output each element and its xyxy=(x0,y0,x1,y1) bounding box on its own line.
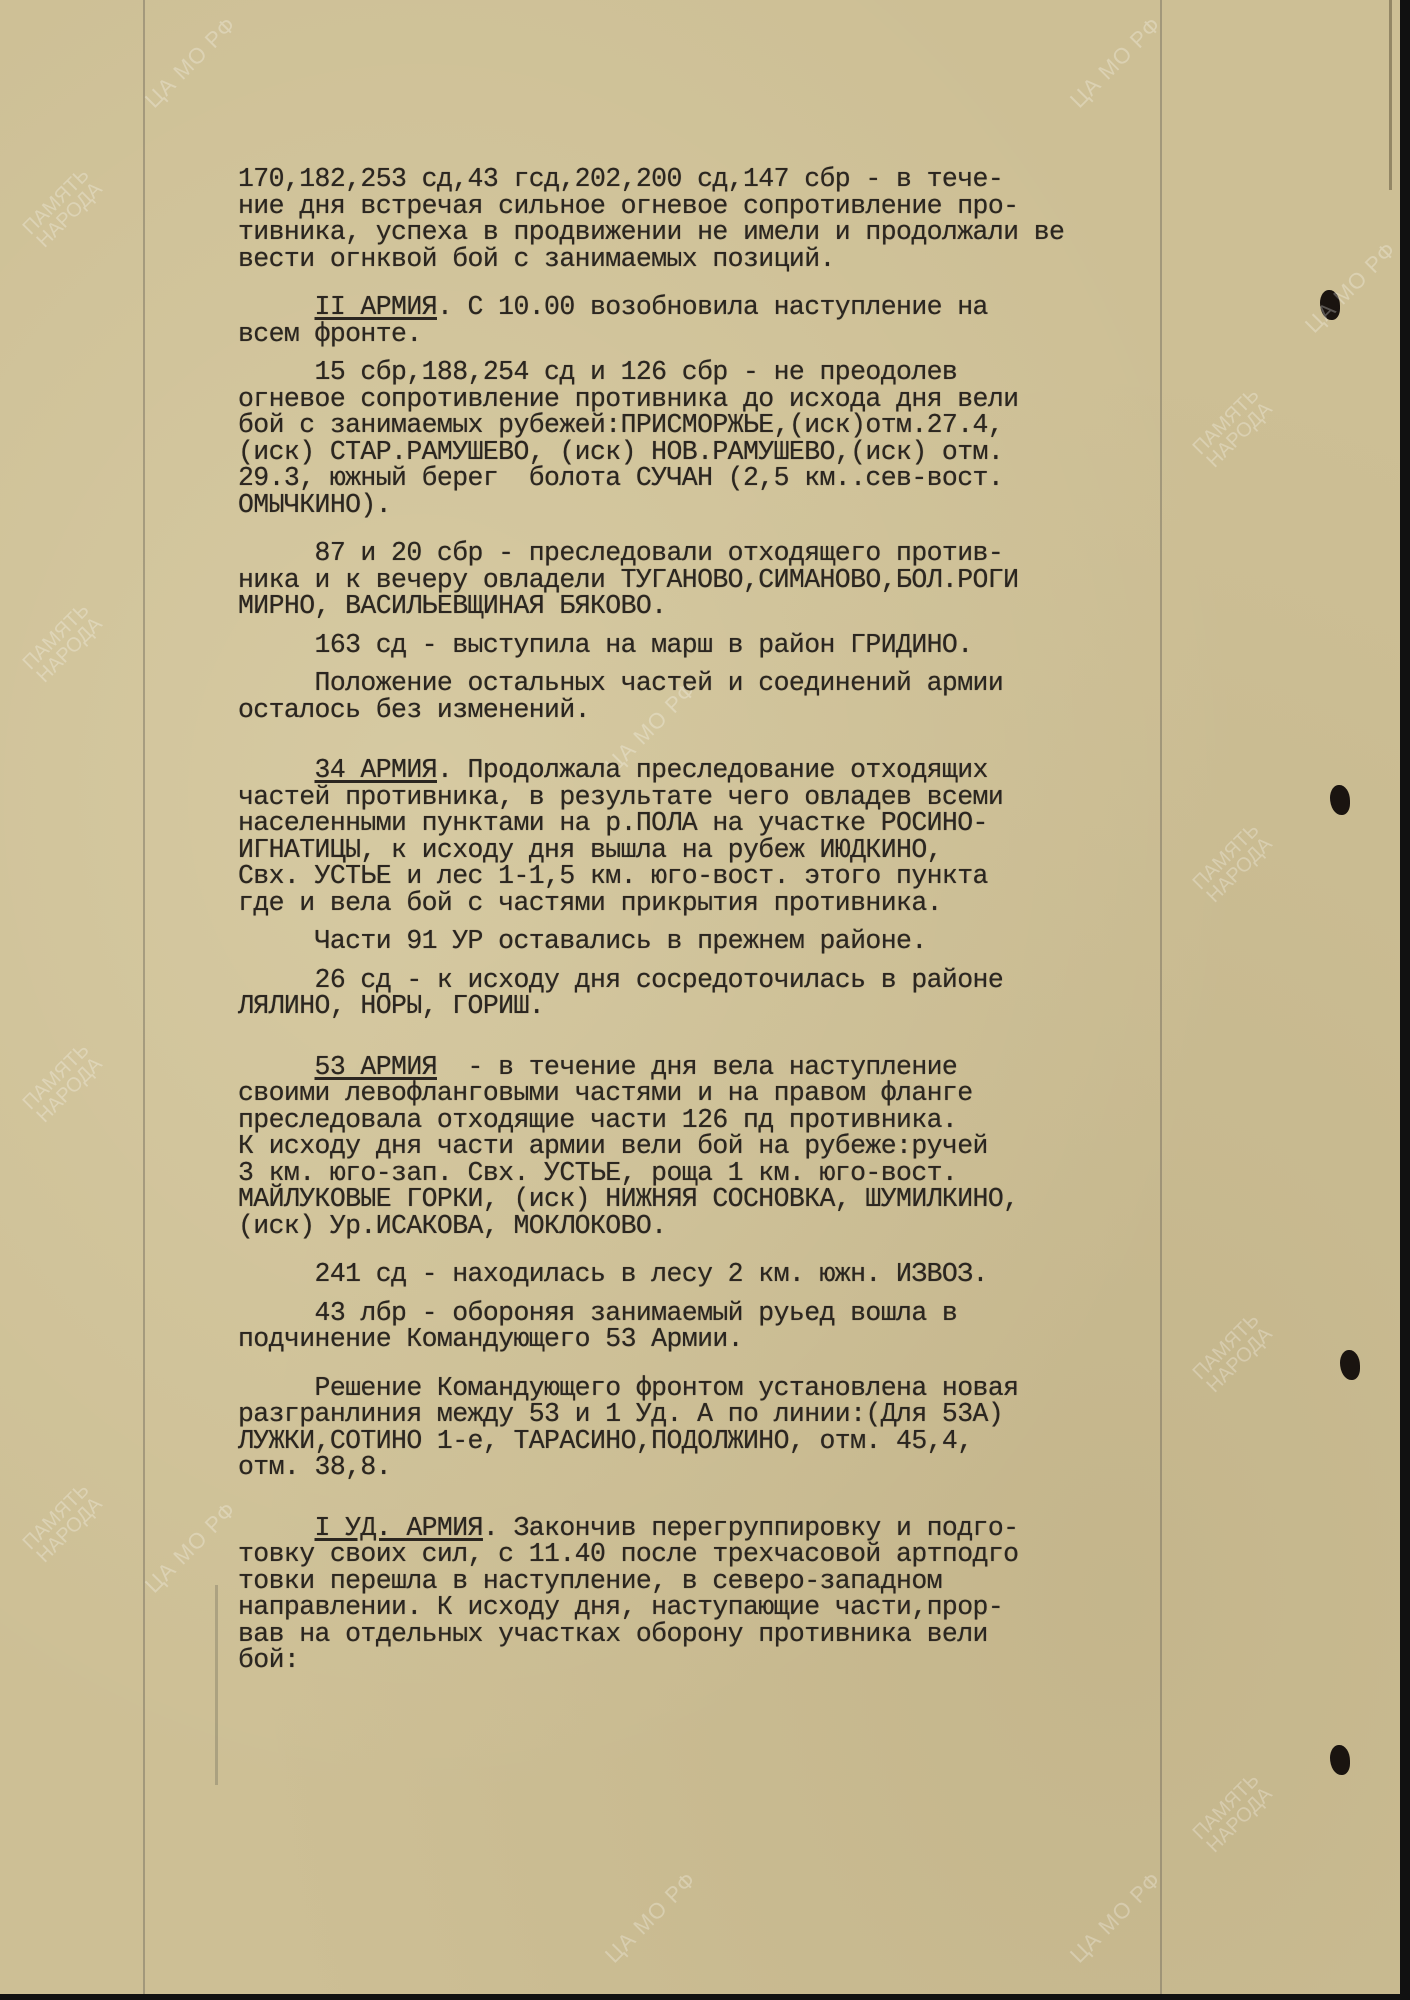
line-text: (иск) Ур.ИСАКОВА, МОКЛОКОВО. xyxy=(238,1211,666,1241)
text-line: вести огнквой бой с занимаемых позиций. xyxy=(238,246,1238,273)
text-line: 241 сд - находилась в лесу 2 км. южн. ИЗ… xyxy=(238,1261,1238,1288)
line-text: Части 91 УР оставались в прежнем районе. xyxy=(315,926,927,956)
line-text: огневое сопротивление противника до исхо… xyxy=(238,384,1018,414)
text-line: 87 и 20 сбр - преследовали отходящего пр… xyxy=(238,540,1238,567)
army-heading: II АРМИЯ xyxy=(315,292,437,322)
line-text: преследовала отходящие части 126 пд прот… xyxy=(238,1105,957,1135)
watermark-archive: ЦА МО РФ xyxy=(1065,1867,1167,1969)
text-line: ОМЫЧКИНО). xyxy=(238,492,1238,519)
line-text: бой: xyxy=(238,1645,299,1675)
line-text: 163 сд - выступила на марш в район ГРИДИ… xyxy=(315,630,973,660)
line-text: . С 10.00 возобновила наступление на xyxy=(437,292,988,322)
text-line: направлении. К исходу дня, наступающие ч… xyxy=(238,1594,1238,1621)
text-line: ИГНАТИЦЫ, к исходу дня вышла на рубеж ИЮ… xyxy=(238,837,1238,864)
document-page: ЦА МО РФ ЦА МО РФ ЦА МО РФ ЦА МО РФ ЦА М… xyxy=(0,0,1400,1994)
text-line: подчинение Командующего 53 Армии. xyxy=(238,1326,1238,1353)
typed-report-body: 170,182,253 сд,43 гсд,202,200 сд,147 сбр… xyxy=(238,166,1238,1674)
paragraph-lbr-43: 43 лбр - обороняя занимаемый руьед вошла… xyxy=(238,1300,1238,1353)
binding-hole xyxy=(1330,1745,1350,1775)
paragraph-sbr-15: 15 сбр,188,254 сд и 126 сбр - не преодол… xyxy=(238,359,1238,518)
binding-hole xyxy=(1340,1350,1360,1380)
text-line: 43 лбр - обороняя занимаемый руьед вошла… xyxy=(238,1300,1238,1327)
line-text: разгранлиния между 53 и 1 Уд. А по линии… xyxy=(238,1399,1003,1429)
watermark-archive: ЦА МО РФ xyxy=(1065,12,1167,114)
paragraph-sbr-87-20: 87 и 20 сбр - преследовали отходящего пр… xyxy=(238,540,1238,620)
watermark-archive: ЦА МО РФ xyxy=(140,12,242,114)
line-text: 26 сд - к исходу дня сосредоточилась в р… xyxy=(315,965,1004,995)
line-text: (иск) СТАР.РАМУШЕВО, (иск) НОВ.РАМУШЕВО,… xyxy=(238,437,1003,467)
paragraph-army-34: 34 АРМИЯ. Продолжала преследование отход… xyxy=(238,757,1238,916)
text-line: ЛЯЛИНО, НОРЫ, ГОРИШ. xyxy=(238,993,1238,1020)
text-line: огневое сопротивление противника до исхо… xyxy=(238,386,1238,413)
line-text: - в течение дня вела наступление xyxy=(437,1052,957,1082)
paragraph-gap xyxy=(238,272,1238,294)
text-line: товки перешла в наступление, в северо-за… xyxy=(238,1568,1238,1595)
text-line: МАЙЛУКОВЫЕ ГОРКИ, (иск) НИЖНЯЯ СОСНОВКА,… xyxy=(238,1186,1238,1213)
line-text: 241 сд - находилась в лесу 2 км. южн. ИЗ… xyxy=(315,1259,988,1289)
line-text: ЛЯЛИНО, НОРЫ, ГОРИШ. xyxy=(238,991,544,1021)
paragraph-boundary: Решение Командующего фронтом установлена… xyxy=(238,1375,1238,1481)
line-text: ние дня встречая сильное огневое сопроти… xyxy=(238,191,1018,221)
text-line: своими левофланговыми частями и на право… xyxy=(238,1080,1238,1107)
line-text: тивника, успеха в продвижении не имели и… xyxy=(238,217,1064,247)
text-line: 34 АРМИЯ. Продолжала преследование отход… xyxy=(238,757,1238,784)
line-text: товки перешла в наступление, в северо-за… xyxy=(238,1566,942,1596)
text-line: 163 сд - выступила на марш в район ГРИДИ… xyxy=(238,632,1238,659)
paragraph-army-1-ud: I УД. АРМИЯ. Закончив перегруппировку и … xyxy=(238,1515,1238,1674)
text-line: преследовала отходящие части 126 пд прот… xyxy=(238,1107,1238,1134)
paragraph-sd-241: 241 сд - находилась в лесу 2 км. южн. ИЗ… xyxy=(238,1261,1238,1288)
line-text: населенными пунктами на р.ПОЛА на участк… xyxy=(238,808,988,838)
army-heading: 34 АРМИЯ xyxy=(315,755,437,785)
paragraph-sd-163: 163 сд - выступила на марш в район ГРИДИ… xyxy=(238,632,1238,659)
text-line: где и вела бой с частями прикрытия проти… xyxy=(238,890,1238,917)
line-text: 3 км. юго-зап. Свх. УСТЬЕ, роща 1 км. юг… xyxy=(238,1158,957,1188)
paragraph-army-11: II АРМИЯ. С 10.00 возобновила наступлени… xyxy=(238,294,1238,347)
line-text: всем фронте. xyxy=(238,319,422,349)
paragraph-gap xyxy=(238,1239,1238,1261)
text-line: Свх. УСТЬЕ и лес 1-1,5 км. юго-вост. это… xyxy=(238,863,1238,890)
line-text: ОМЫЧКИНО). xyxy=(238,490,391,520)
text-line: 53 АРМИЯ - в течение дня вела наступлени… xyxy=(238,1054,1238,1081)
watermark-archive: ЦА МО РФ xyxy=(1300,237,1400,339)
page-edge-fold xyxy=(1389,0,1392,190)
line-text: К исходу дня части армии вели бой на руб… xyxy=(238,1131,988,1161)
line-text: ника и к вечеру овладели ТУГАНОВО,СИМАНО… xyxy=(238,565,1018,595)
watermark-project: ПАМЯТЬНАРОДА xyxy=(20,1040,106,1126)
text-line: II АРМИЯ. С 10.00 возобновила наступлени… xyxy=(238,294,1238,321)
text-line: Положение остальных частей и соединений … xyxy=(238,670,1238,697)
watermark-project: ПАМЯТЬНАРОДА xyxy=(20,1480,106,1566)
text-line: 29.3, южный берег болота СУЧАН (2,5 км..… xyxy=(238,465,1238,492)
line-text: Положение остальных частей и соединений … xyxy=(315,668,1004,698)
line-text: ЛУЖКИ,СОТИНО 1-е, ТАРАСИНО,ПОДОЛЖИНО, от… xyxy=(238,1426,973,1456)
text-line: I УД. АРМИЯ. Закончив перегруппировку и … xyxy=(238,1515,1238,1542)
line-text: направлении. К исходу дня, наступающие ч… xyxy=(238,1592,1003,1622)
line-text: . Продолжала преследование отходящих xyxy=(437,755,988,785)
text-line: 3 км. юго-зап. Свх. УСТЬЕ, роща 1 км. юг… xyxy=(238,1160,1238,1187)
binding-hole xyxy=(1320,290,1340,320)
text-line: бой: xyxy=(238,1647,1238,1674)
text-line: вав на отдельных участках оборону против… xyxy=(238,1621,1238,1648)
text-line: всем фронте. xyxy=(238,321,1238,348)
text-line: осталось без изменений. xyxy=(238,697,1238,724)
text-line: товку своих сил, с 11.40 после трехчасов… xyxy=(238,1541,1238,1568)
line-text: МИРНО, ВАСИЛЬЕВЩИНАЯ БЯКОВО. xyxy=(238,591,666,621)
line-text: МАЙЛУКОВЫЕ ГОРКИ, (иск) НИЖНЯЯ СОСНОВКА,… xyxy=(238,1184,1018,1214)
text-line: отм. 38,8. xyxy=(238,1454,1238,1481)
paragraph-gap xyxy=(238,1481,1238,1515)
line-text: осталось без изменений. xyxy=(238,695,590,725)
paragraph-army-53: 53 АРМИЯ - в течение дня вела наступлени… xyxy=(238,1054,1238,1240)
text-line: Части 91 УР оставались в прежнем районе. xyxy=(238,928,1238,955)
paragraph-ur-91: Части 91 УР оставались в прежнем районе. xyxy=(238,928,1238,955)
text-line: населенными пунктами на р.ПОЛА на участк… xyxy=(238,810,1238,837)
text-line: 170,182,253 сд,43 гсд,202,200 сд,147 сбр… xyxy=(238,166,1238,193)
text-line: частей противника, в результате чего овл… xyxy=(238,784,1238,811)
line-text: 29.3, южный берег болота СУЧАН (2,5 км..… xyxy=(238,463,1003,493)
line-text: где и вела бой с частями прикрытия проти… xyxy=(238,888,942,918)
line-text: отм. 38,8. xyxy=(238,1452,391,1482)
line-text: 15 сбр,188,254 сд и 126 сбр - не преодол… xyxy=(315,357,958,387)
line-text: вести огнквой бой с занимаемых позиций. xyxy=(238,244,835,274)
army-heading: 53 АРМИЯ xyxy=(315,1052,437,1082)
text-line: ние дня встречая сильное огневое сопроти… xyxy=(238,193,1238,220)
paragraph-units-170-182: 170,182,253 сд,43 гсд,202,200 сд,147 сбр… xyxy=(238,166,1238,272)
paragraph-gap xyxy=(238,1353,1238,1375)
line-text: вав на отдельных участках оборону против… xyxy=(238,1619,988,1649)
line-text: ИГНАТИЦЫ, к исходу дня вышла на рубеж ИЮ… xyxy=(238,835,942,865)
line-text: своими левофланговыми частями и на право… xyxy=(238,1078,973,1108)
text-line: разгранлиния между 53 и 1 Уд. А по линии… xyxy=(238,1401,1238,1428)
line-text: бой с занимаемых рубежей:ПРИСМОРЖЬЕ,(иск… xyxy=(238,410,1003,440)
line-text: Решение Командующего фронтом установлена… xyxy=(315,1373,1019,1403)
paragraph-sd-26: 26 сд - к исходу дня сосредоточилась в р… xyxy=(238,967,1238,1020)
paragraph-gap xyxy=(238,518,1238,540)
text-line: ника и к вечеру овладели ТУГАНОВО,СИМАНО… xyxy=(238,567,1238,594)
pencil-mark xyxy=(215,1585,218,1785)
watermark-project: ПАМЯТЬНАРОДА xyxy=(20,165,106,251)
text-line: (иск) СТАР.РАМУШЕВО, (иск) НОВ.РАМУШЕВО,… xyxy=(238,439,1238,466)
text-line: ЛУЖКИ,СОТИНО 1-е, ТАРАСИНО,ПОДОЛЖИНО, от… xyxy=(238,1428,1238,1455)
line-text: Свх. УСТЬЕ и лес 1-1,5 км. юго-вост. это… xyxy=(238,861,988,891)
army-heading: I УД. АРМИЯ xyxy=(315,1513,483,1543)
line-text: 170,182,253 сд,43 гсд,202,200 сд,147 сбр… xyxy=(238,164,1003,194)
watermark-archive: ЦА МО РФ xyxy=(140,1497,242,1599)
text-line: бой с занимаемых рубежей:ПРИСМОРЖЬЕ,(иск… xyxy=(238,412,1238,439)
line-text: 43 лбр - обороняя занимаемый руьед вошла… xyxy=(315,1298,958,1328)
watermark-project: ПАМЯТЬНАРОДА xyxy=(20,600,106,686)
text-line: МИРНО, ВАСИЛЬЕВЩИНАЯ БЯКОВО. xyxy=(238,593,1238,620)
text-line: 15 сбр,188,254 сд и 126 сбр - не преодол… xyxy=(238,359,1238,386)
left-margin-rule xyxy=(143,0,145,1994)
text-line: 26 сд - к исходу дня сосредоточилась в р… xyxy=(238,967,1238,994)
watermark-project: ПАМЯТЬНАРОДА xyxy=(1190,1770,1276,1856)
text-line: Решение Командующего фронтом установлена… xyxy=(238,1375,1238,1402)
paragraph-gap xyxy=(238,723,1238,757)
line-text: 87 и 20 сбр - преследовали отходящего пр… xyxy=(315,538,1004,568)
paragraph-gap xyxy=(238,1020,1238,1054)
text-line: (иск) Ур.ИСАКОВА, МОКЛОКОВО. xyxy=(238,1213,1238,1240)
paragraph-others-11: Положение остальных частей и соединений … xyxy=(238,670,1238,723)
text-line: тивника, успеха в продвижении не имели и… xyxy=(238,219,1238,246)
line-text: подчинение Командующего 53 Армии. xyxy=(238,1324,743,1354)
line-text: частей противника, в результате чего овл… xyxy=(238,782,1003,812)
text-line: К исходу дня части армии вели бой на руб… xyxy=(238,1133,1238,1160)
watermark-archive: ЦА МО РФ xyxy=(600,1867,702,1969)
binding-hole xyxy=(1330,785,1350,815)
line-text: . Закончив перегруппировку и подго- xyxy=(483,1513,1019,1543)
line-text: товку своих сил, с 11.40 после трехчасов… xyxy=(238,1539,1018,1569)
